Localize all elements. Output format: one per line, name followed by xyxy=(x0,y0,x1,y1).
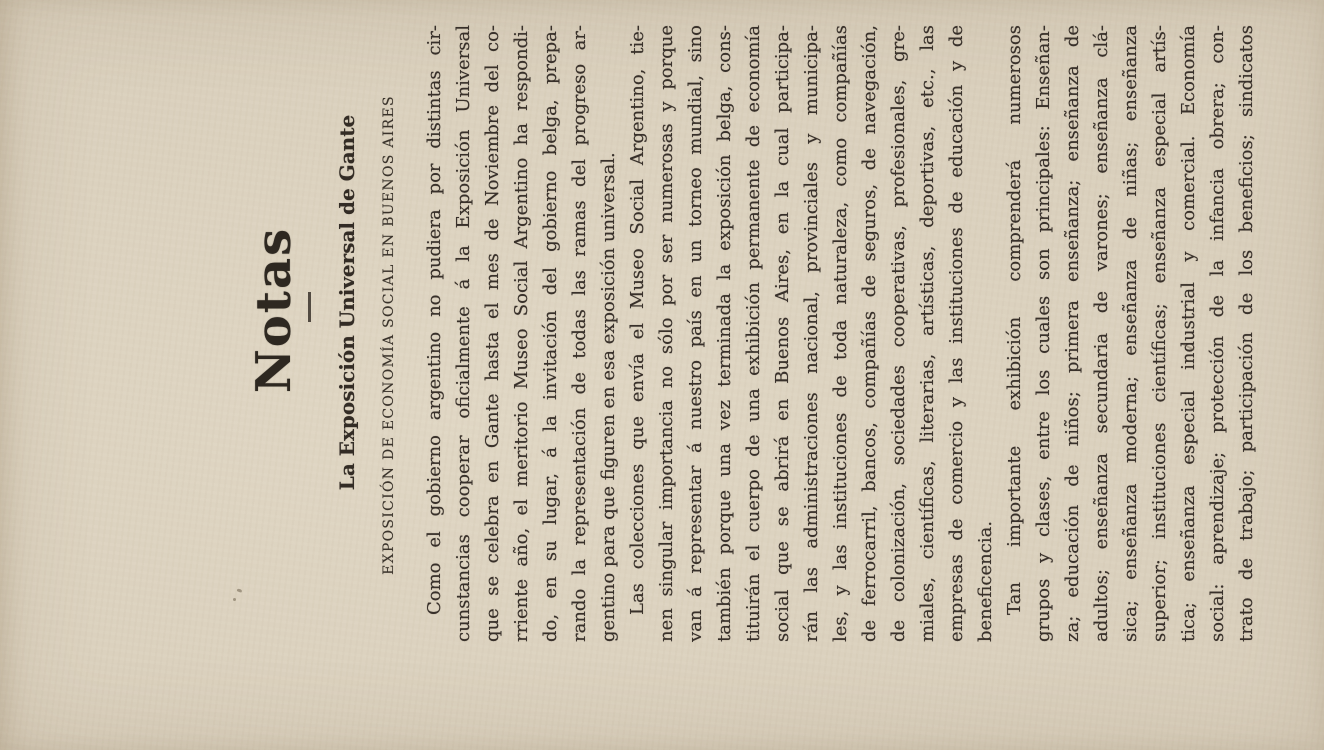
text-line: Tan importante exhibición comprenderá nu… xyxy=(1000,25,1029,642)
ink-speck-artifact xyxy=(230,584,246,602)
text-line: también porque una vez terminada la expo… xyxy=(710,25,739,642)
text-line: social que se abrirá en Buenos Aires, en… xyxy=(768,25,797,642)
text-line: de ferrocarril, bancos, compañías de seg… xyxy=(855,25,884,642)
paragraph: Tan importante exhibición comprenderá nu… xyxy=(1000,25,1261,642)
paragraph: Las colecciones que envía el Museo Socia… xyxy=(623,25,1000,642)
text-line: tica; enseñanza especial industrial y co… xyxy=(1174,25,1203,642)
text-line: rando la representación de todas las ram… xyxy=(565,25,594,642)
section-subheading: EXPOSICIÓN DE ECONOMÍA SOCIAL EN BUENOS … xyxy=(381,25,397,645)
text-line: les, y las instituciones de toda natural… xyxy=(826,25,855,642)
text-line: gentino para que figuren en esa exposici… xyxy=(594,25,623,642)
text-line: de colonización, sociedades cooperativas… xyxy=(884,25,913,642)
text-line: za; educación de niños; primera enseñanz… xyxy=(1058,25,1087,642)
text-line: rriente año, el meritorio Museo Social A… xyxy=(507,25,536,642)
article-heading: La Exposición Universal de Gante xyxy=(335,0,359,610)
text-line: van á representar á nuestro país en un t… xyxy=(681,25,710,642)
scanned-page: Notas La Exposición Universal de Gante E… xyxy=(0,0,1324,750)
text-line: superior; instituciones científicas; ens… xyxy=(1145,25,1174,642)
text-line: beneficencia. xyxy=(971,25,1000,642)
text-line: cunstancias cooperar oficialmente á la E… xyxy=(449,25,478,642)
page-title: Notas xyxy=(246,0,302,620)
text-line: empresas de comercio y las instituciones… xyxy=(942,25,971,642)
text-line: trato de trabajo; participación de los b… xyxy=(1232,25,1261,642)
text-line: adultos; enseñanza secundaria de varones… xyxy=(1087,25,1116,642)
text-line: social: aprendizaje; protección de la in… xyxy=(1203,25,1232,642)
text-line: tituirán el cuerpo de una exhibición per… xyxy=(739,25,768,642)
text-line: do, en su lugar, á la invitación del gob… xyxy=(536,25,565,642)
text-line: Como el gobierno argentino no pudiera po… xyxy=(420,25,449,642)
text-line: miales, científicas, literarias, artísti… xyxy=(913,25,942,642)
page-scan-rotated: Notas La Exposición Universal de Gante E… xyxy=(0,0,1324,750)
text-line: nen singular importancia no sólo por ser… xyxy=(652,25,681,642)
text-line: rán las administraciones nacional, provi… xyxy=(797,25,826,642)
text-line: que se celebra en Gante hasta el mes de … xyxy=(478,25,507,642)
title-rule xyxy=(308,292,311,322)
text-line: sica; enseñanza moderna; enseñanza de ni… xyxy=(1116,25,1145,642)
body-text: Como el gobierno argentino no pudiera po… xyxy=(420,25,1261,642)
paragraph: Como el gobierno argentino no pudiera po… xyxy=(420,25,623,642)
text-line: Las colecciones que envía el Museo Socia… xyxy=(623,25,652,642)
text-line: grupos y clases, entre los cuales son pr… xyxy=(1029,25,1058,642)
